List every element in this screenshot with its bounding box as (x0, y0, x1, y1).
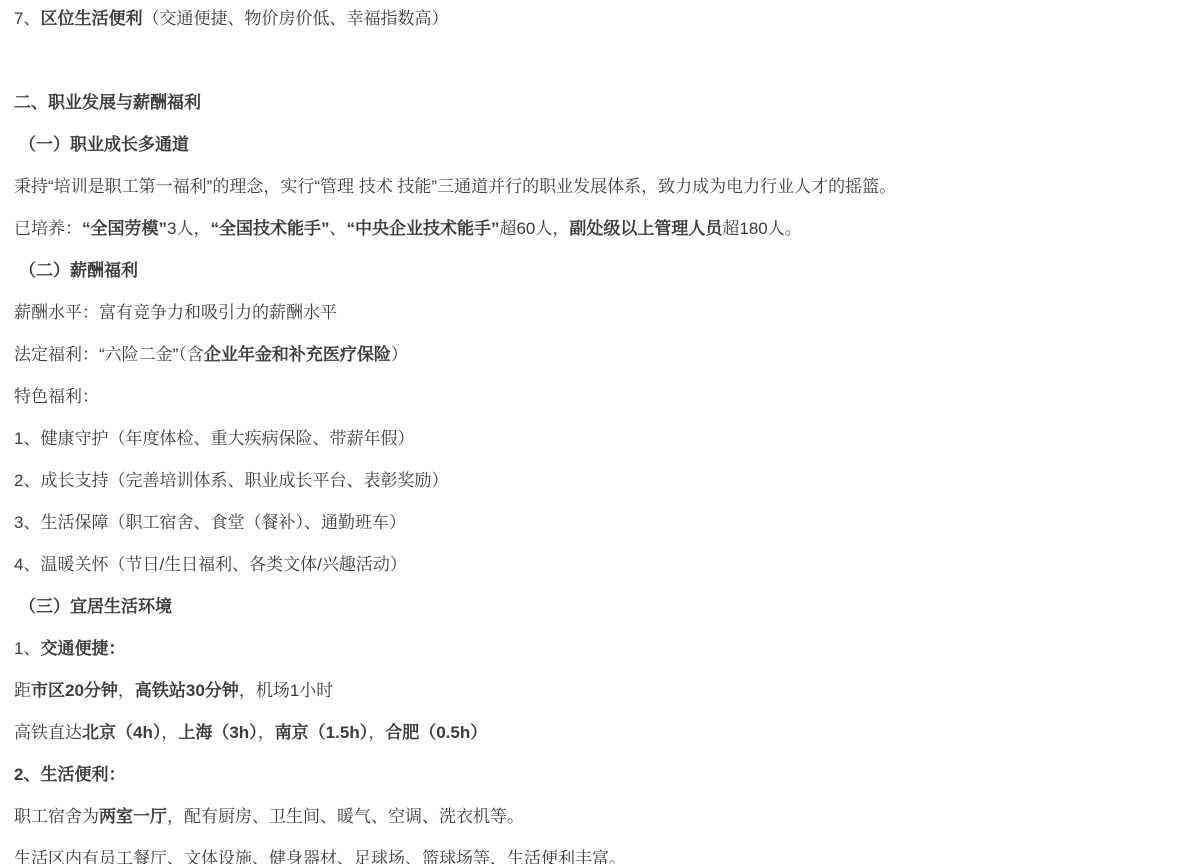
bold-text-run: 二、职业发展与薪酬福利 (14, 93, 201, 112)
text-run: 1、健康守护（年度体检、重大疾病保险、带薪年假） (14, 429, 414, 448)
bold-text-run: （二）薪酬福利 (19, 261, 138, 280)
bold-text-run: 交通便捷： (40, 639, 125, 658)
text-run: 薪酬水平：富有竞争力和吸引力的薪酬水平 (14, 303, 337, 322)
bold-text-run: 北京（4h） (82, 723, 161, 742)
bold-text-run: 两室一厅 (99, 807, 167, 826)
list-item-7-location: 7、区位生活便利（交通便捷、物价房价低、幸福指数高） (14, 10, 1169, 28)
list-item-2-growth: 2、成长支持（完善培训体系、职业成长平台、表彰奖励） (14, 472, 1169, 490)
text-run: 距 (14, 681, 31, 700)
bold-text-run: （三）宜居生活环境 (19, 597, 172, 616)
bold-text-run: “中央企业技术能手” (346, 219, 499, 238)
subsection-heading-career-growth: （一）职业成长多通道 (14, 136, 1169, 154)
subsection-heading-livable-environment: （三）宜居生活环境 (14, 598, 1169, 616)
bold-text-run: “全国技术能手” (210, 219, 329, 238)
text-run: 法定福利：“六险二金”（含 (14, 345, 204, 364)
paragraph-living-area: 生活区内有员工餐厅、文体设施、健身器材、足球场、篮球场等，生活便利丰富。 (14, 850, 1169, 864)
text-run: ， (161, 723, 178, 742)
bold-text-run: 南京（1.5h） (275, 723, 369, 742)
paragraph-living-label: 2、生活便利： (14, 766, 1169, 784)
bold-text-run: 上海（3h） (178, 723, 257, 742)
text-run: 超60人， (499, 219, 569, 238)
text-run: ） (391, 345, 408, 364)
paragraph-transport-times: 距市区20分钟，高铁站30分钟，机场1小时 (14, 682, 1169, 700)
text-run: 4、温暖关怀（节日/生日福利、各类文体/兴趣活动） (14, 555, 407, 574)
paragraph-training-philosophy: 秉持“培训是职工第一福利”的理念，实行“管理 技术 技能”三通道并行的职业发展体… (14, 178, 1169, 196)
text-run: 生活区内有员工餐厅、文体设施、健身器材、足球场、篮球场等，生活便利丰富。 (14, 849, 626, 864)
text-run: 7、 (14, 9, 40, 28)
bold-text-run: 市区20分钟 (31, 681, 118, 700)
paragraph-special-benefits-label: 特色福利： (14, 388, 1169, 406)
bold-text-run: 2、生活便利： (14, 765, 125, 784)
bold-text-run: 副处级以上管理人员 (569, 219, 722, 238)
bold-text-run: 合肥（0.5h） (385, 723, 487, 742)
bold-text-run: “全国劳模” (82, 219, 167, 238)
text-run: 高铁直达 (14, 723, 82, 742)
text-run: 2、成长支持（完善培训体系、职业成长平台、表彰奖励） (14, 471, 448, 490)
list-item-4-care: 4、温暖关怀（节日/生日福利、各类文体/兴趣活动） (14, 556, 1169, 574)
bold-text-run: 区位生活便利 (40, 9, 142, 28)
text-run: ，机场1小时 (239, 681, 333, 700)
text-run: 3、生活保障（职工宿舍、食堂（餐补）、通勤班车） (14, 513, 406, 532)
text-run: 1、 (14, 639, 40, 658)
text-run: 3人， (167, 219, 210, 238)
section-heading-career-benefits: 二、职业发展与薪酬福利 (14, 94, 1169, 112)
text-run: ， (118, 681, 135, 700)
paragraph-dormitory: 职工宿舍为两室一厅，配有厨房、卫生间、暖气、空调、洗衣机等。 (14, 808, 1169, 826)
text-run: （交通便捷、物价房价低、幸福指数高） (142, 9, 448, 28)
text-run: 超180人。 (722, 219, 801, 238)
paragraph-transport-label: 1、交通便捷： (14, 640, 1169, 658)
text-run: ， (368, 723, 385, 742)
text-run: 特色福利： (14, 387, 99, 406)
bold-text-run: 企业年金和补充医疗保险 (204, 345, 391, 364)
text-run: 职工宿舍为 (14, 807, 99, 826)
paragraph-talent-achievements: 已培养：“全国劳模”3人，“全国技术能手”、“中央企业技术能手”超60人，副处级… (14, 220, 1169, 238)
text-run: 秉持“培训是职工第一福利”的理念，实行“管理 技术 技能”三通道并行的职业发展体… (14, 177, 896, 196)
paragraph-salary-level: 薪酬水平：富有竞争力和吸引力的薪酬水平 (14, 304, 1169, 322)
list-item-3-living: 3、生活保障（职工宿舍、食堂（餐补）、通勤班车） (14, 514, 1169, 532)
subsection-heading-salary-benefits: （二）薪酬福利 (14, 262, 1169, 280)
text-run: ，配有厨房、卫生间、暖气、空调、洗衣机等。 (167, 807, 524, 826)
bold-text-run: 高铁站30分钟 (135, 681, 239, 700)
document-body: 7、区位生活便利（交通便捷、物价房价低、幸福指数高）二、职业发展与薪酬福利（一）… (0, 0, 1189, 864)
text-run: 、 (329, 219, 346, 238)
blank-line (14, 52, 1169, 70)
paragraph-statutory-benefits: 法定福利：“六险二金”（含企业年金和补充医疗保险） (14, 346, 1169, 364)
paragraph-highspeed-rail: 高铁直达北京（4h），上海（3h），南京（1.5h），合肥（0.5h） (14, 724, 1169, 742)
list-item-1-health: 1、健康守护（年度体检、重大疾病保险、带薪年假） (14, 430, 1169, 448)
bold-text-run: （一）职业成长多通道 (19, 135, 189, 154)
text-run: 已培养： (14, 219, 82, 238)
text-run: ， (258, 723, 275, 742)
